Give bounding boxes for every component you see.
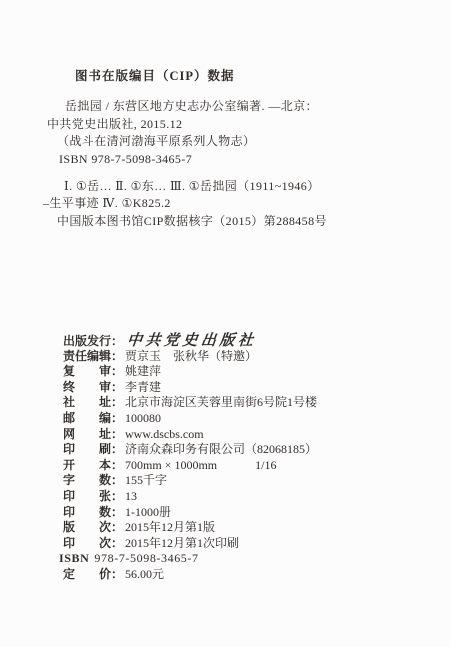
- row-label: 复 审：: [63, 364, 123, 378]
- row-value: 1-1000册: [125, 505, 171, 519]
- format-fraction: 1/16: [255, 458, 276, 472]
- sheet-size: 700mm × 1000mm: [125, 458, 217, 472]
- row-label: 社 址：: [63, 395, 123, 409]
- row-value: 13: [125, 489, 137, 503]
- cip-classification-block: Ⅰ. ①岳… Ⅱ. ①东… Ⅲ. ①岳拙园（1911~1946） –生平事迹 Ⅳ…: [43, 178, 327, 230]
- row-label: 版 次：: [63, 520, 123, 534]
- publisher-name-calligraphy: 中共党史出版社: [126, 333, 257, 348]
- colophon-row-publisher: 出版发行：中共党史出版社: [63, 333, 317, 349]
- row-label: 定 价：: [63, 567, 123, 581]
- cip-class-line: Ⅰ. ①岳… Ⅱ. ①东… Ⅲ. ①岳拙园（1911~1946）: [43, 178, 327, 195]
- colophon-row-price: 定 价：56.00元: [63, 567, 317, 583]
- row-label: 责任编辑：: [63, 349, 123, 363]
- cip-record-line: 中共党史出版社, 2015.12: [47, 116, 318, 134]
- colophon-row-printing: 印 次：2015年12月第1次印刷: [63, 536, 317, 552]
- cip-header: 图书在版编目（CIP）数据: [75, 66, 235, 84]
- row-label: 网 址：: [63, 427, 123, 441]
- cip-record-block: 岳拙园 / 东营区地方史志办公室编著. —北京： 中共党史出版社, 2015.1…: [47, 98, 318, 168]
- row-value: 李青建: [125, 380, 161, 394]
- cip-registry-line: 中国版本图书馆CIP数据核字（2015）第288458号: [43, 213, 327, 230]
- row-value: 2015年12月第1次印刷: [125, 536, 239, 550]
- book-copyright-page: 图书在版编目（CIP）数据 岳拙园 / 东营区地方史志办公室编著. —北京： 中…: [0, 0, 450, 647]
- isbn-number: 978-7-5098-3465-7: [94, 551, 198, 565]
- colophon-row-printrun: 印 数：1-1000册: [63, 505, 317, 521]
- row-label: 印 数：: [63, 505, 123, 519]
- colophon-row-wordcount: 字 数：155千字: [63, 473, 317, 489]
- isbn-label: ISBN: [59, 551, 89, 565]
- row-value: 155千字: [125, 473, 167, 487]
- row-value: 济南众森印务有限公司（82068185）: [125, 442, 317, 456]
- row-value: 贾京玉 张秋华（特邀）: [125, 349, 257, 363]
- colophon-row-isbn: ISBN978-7-5098-3465-7: [59, 551, 317, 567]
- price-value: 56.00元: [125, 567, 164, 581]
- colophon-row-reviewer: 复 审：姚建萍: [63, 364, 317, 380]
- colophon-row-final-reviewer: 终 审：李青建: [63, 380, 317, 396]
- colophon-row-printsheets: 印 张：13: [63, 489, 317, 505]
- colophon-block: 出版发行：中共党史出版社 责任编辑：贾京玉 张秋华（特邀） 复 审：姚建萍 终 …: [63, 333, 317, 583]
- row-label: 出版发行：: [63, 334, 123, 348]
- colophon-row-format: 开 本：700mm × 1000mm1/16: [63, 458, 317, 474]
- colophon-row-postcode: 邮 编：100080: [63, 411, 317, 427]
- row-label: 开 本：: [63, 458, 123, 472]
- row-label: 印 次：: [63, 536, 123, 550]
- cip-record-line: 岳拙园 / 东营区地方史志办公室编著. —北京：: [47, 98, 318, 116]
- row-label: 邮 编：: [63, 411, 123, 425]
- row-label: 字 数：: [63, 473, 123, 487]
- website-url: www.dscbs.com: [125, 427, 204, 441]
- cip-class-line: –生平事迹 Ⅳ. ①K825.2: [43, 195, 327, 212]
- row-value: 北京市海淀区芙蓉里南街6号院1号楼: [125, 395, 317, 409]
- colophon-row-editor: 责任编辑：贾京玉 张秋华（特邀）: [63, 349, 317, 365]
- row-label: 印 张：: [63, 489, 123, 503]
- colophon-row-edition: 版 次：2015年12月第1版: [63, 520, 317, 536]
- row-label: 印 刷：: [63, 442, 123, 456]
- cip-series-line: （战斗在清河渤海平原系列人物志）: [47, 133, 318, 151]
- colophon-row-printer: 印 刷：济南众森印务有限公司（82068185）: [63, 442, 317, 458]
- colophon-row-website: 网 址：www.dscbs.com: [63, 427, 317, 443]
- colophon-row-address: 社 址：北京市海淀区芙蓉里南街6号院1号楼: [63, 395, 317, 411]
- row-value: 100080: [125, 411, 161, 425]
- row-value: 2015年12月第1版: [125, 520, 215, 534]
- cip-isbn-line: ISBN 978-7-5098-3465-7: [47, 151, 318, 169]
- row-label: 终 审：: [63, 380, 123, 394]
- row-value: 姚建萍: [125, 364, 161, 378]
